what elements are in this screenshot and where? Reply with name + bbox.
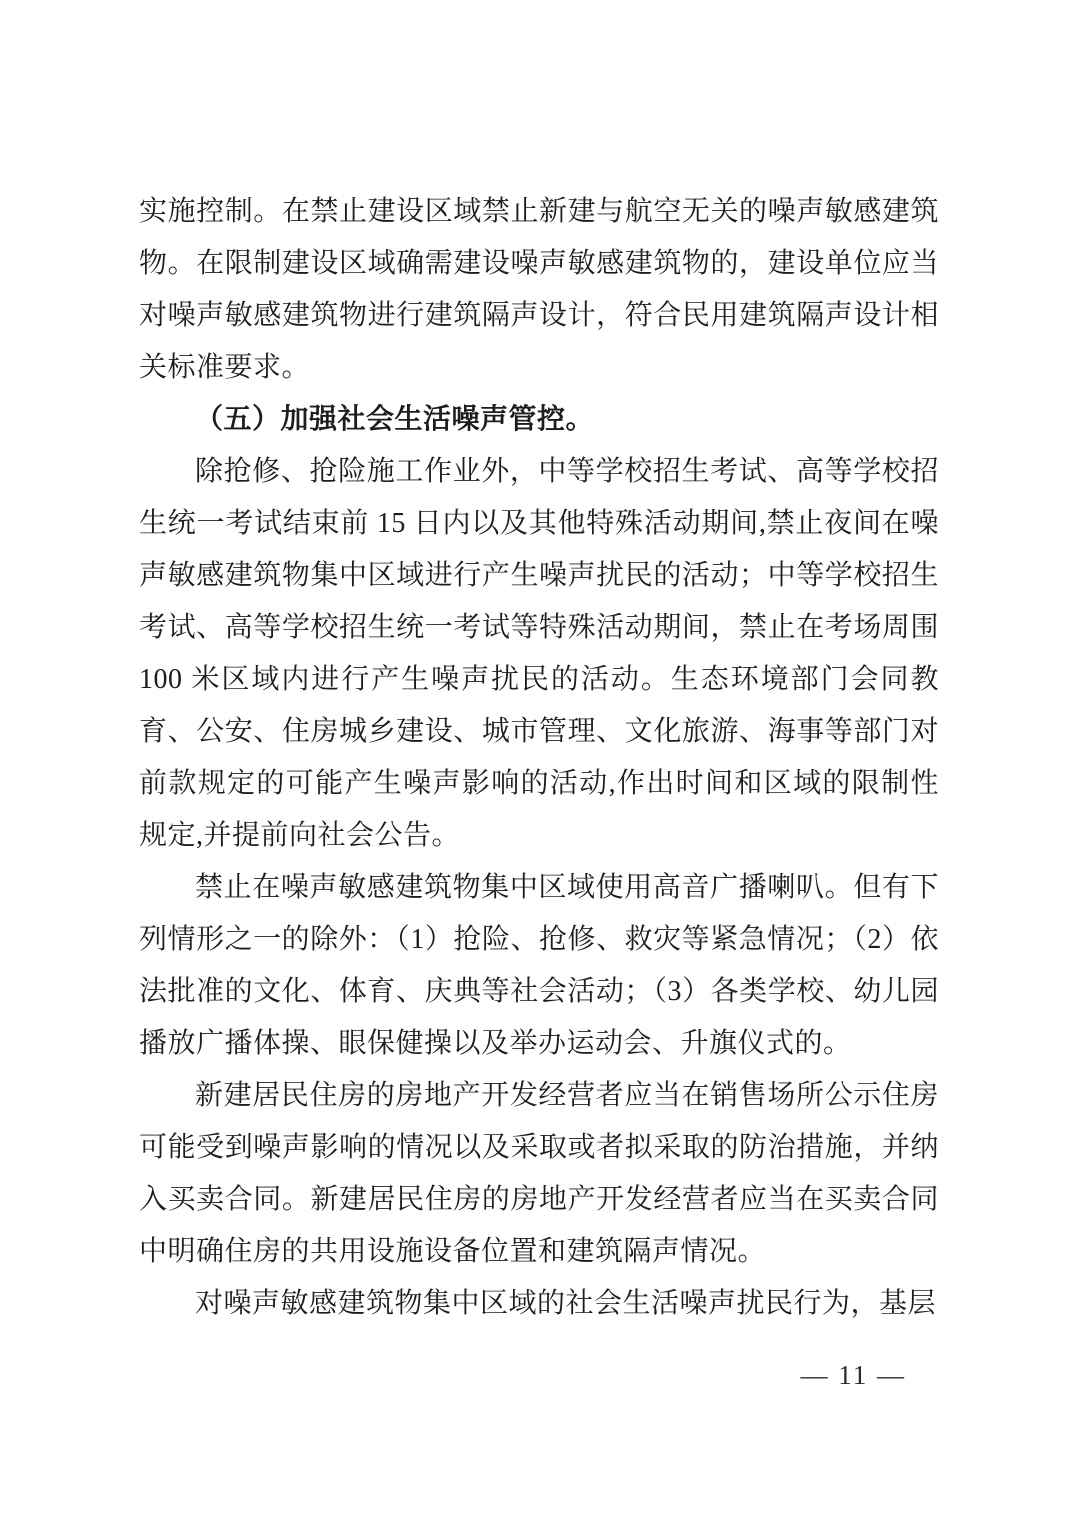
section-heading: （五）加强社会生活噪声管控。 (139, 394, 939, 446)
paragraph-cutoff: 对噪声敏感建筑物集中区域的社会生活噪声扰民行为，基层 (139, 1278, 939, 1330)
text-block: 实施控制。在禁止建设区域禁止新建与航空无关的噪声敏感建筑物。在限制建设区域确需建… (139, 186, 939, 1330)
paragraph: 新建居民住房的房地产开发经营者应当在销售场所公示住房可能受到噪声影响的情况以及采… (139, 1070, 939, 1278)
paragraph-continuation: 实施控制。在禁止建设区域禁止新建与航空无关的噪声敏感建筑物。在限制建设区域确需建… (139, 186, 939, 394)
document-page: 实施控制。在禁止建设区域禁止新建与航空无关的噪声敏感建筑物。在限制建设区域确需建… (0, 0, 1074, 1520)
page-number: — 11 — (801, 1358, 907, 1392)
paragraph: 除抢修、抢险施工作业外，中等学校招生考试、高等学校招生统一考试结束前 15 日内… (139, 446, 939, 862)
paragraph: 禁止在噪声敏感建筑物集中区域使用高音广播喇叭。但有下列情形之一的除外：（1）抢险… (139, 862, 939, 1070)
